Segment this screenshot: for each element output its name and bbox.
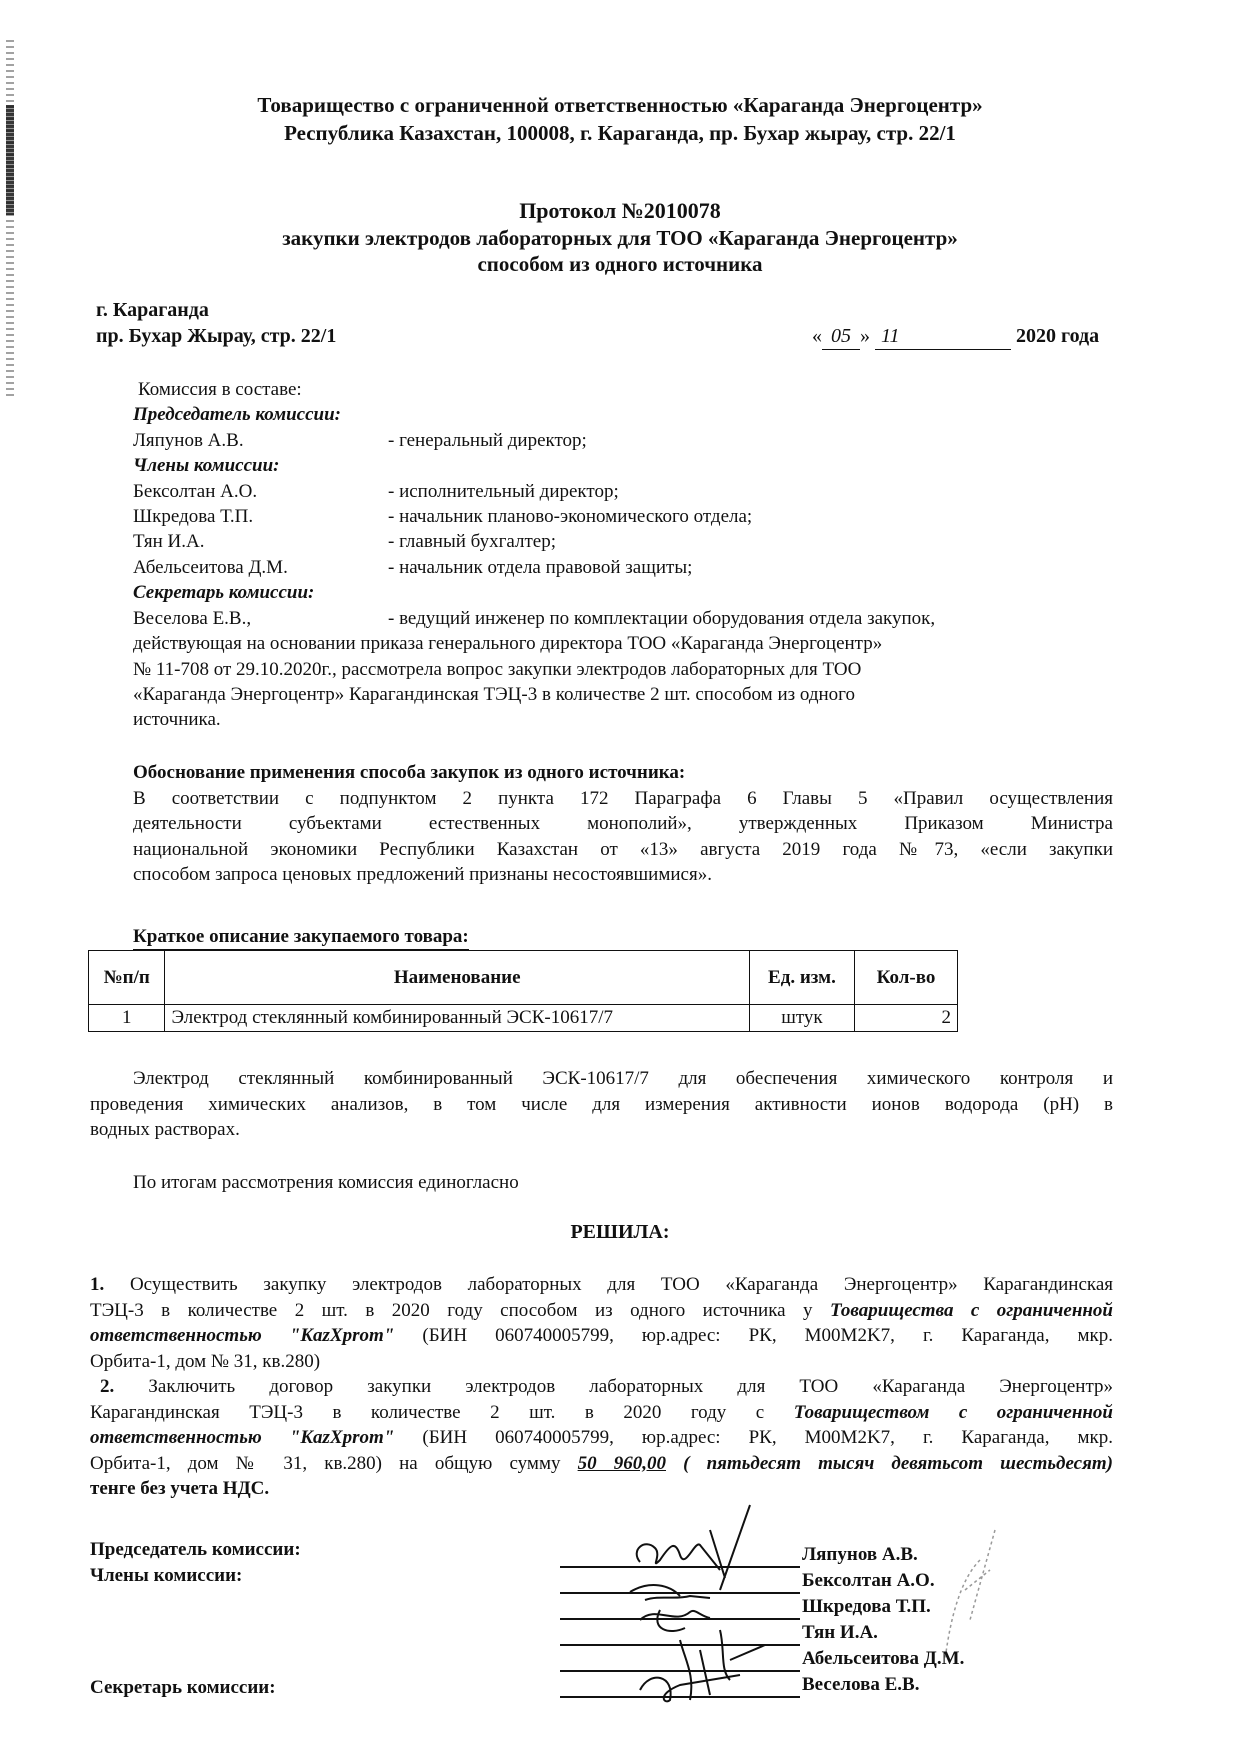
member-role: - главный бухгалтер; [388,529,556,554]
member-name: Тян И.А. [133,529,204,554]
column-header-unit: Ед. изм. [749,951,854,1005]
row-number: 1 [89,1005,165,1032]
decision-item-2-line4: Орбита-1, дом № 31, кв.280) на общую сум… [90,1451,1113,1476]
member-role: - исполнительный директор; [388,479,619,504]
contract-amount-words: ( пятьдесят тысяч девятьсот шестьдесят) [666,1453,1113,1474]
member-name: Абельсеитова Д.М. [133,555,288,580]
signatory-name: Шкредова Т.П. [802,1594,931,1619]
decision-text: Заключить договор закупки электродов лаб… [148,1376,1113,1397]
protocol-subject-line1: закупки электродов лабораторных для ТОО … [0,225,1240,251]
supplier-name: ответственностью "KazXprom" [90,1427,394,1448]
commission-text-line: действующая на основании приказа генерал… [133,631,882,656]
justification-line: В соответствии с подпунктом 2 пункта 172… [133,786,1113,811]
column-header-number: №п/п [89,951,165,1005]
justification-line: способом запроса ценовых предложений при… [133,862,712,887]
date-year: 2020 года [1016,325,1099,347]
members-heading: Члены комиссии: [133,453,279,478]
commission-text-line: № 11-708 от 29.10.2020г., рассмотрела во… [133,657,861,682]
goods-heading: Краткое описание закупаемого товара: [133,924,469,950]
row-unit: штук [749,1005,854,1032]
supplier-details: (БИН 060740005799, юр.адрес: РК, M00M2K7… [394,1325,1113,1346]
decision-item-1-number: 1. [90,1274,104,1295]
decision-item-2-line5: тенге без учета НДС. [90,1476,269,1501]
signatory-name: Абельсеитова Д.М. [802,1646,964,1671]
decision-heading: РЕШИЛА: [0,1221,1240,1244]
date-open-quote: « [812,325,822,347]
contract-amount: 50 960,00 [578,1453,666,1474]
table-row: 1 Электрод стеклянный комбинированный ЭС… [89,1005,958,1032]
description-line: водных растворах. [90,1117,240,1142]
signatory-name: Ляпунов А.В. [802,1542,918,1567]
supplier-name: Товариществом с ограниченной [794,1402,1113,1423]
decision-text: Орбита-1, дом № 31, кв.280) на общую сум… [90,1453,578,1474]
description-line: Электрод стеклянный комбинированный ЭСК-… [133,1066,1113,1091]
member-name: Бексолтан А.О. [133,479,257,504]
signatory-name: Веселова Е.В. [802,1672,919,1697]
decision-item-1-line1: 1. Осуществить закупку электродов лабора… [90,1272,1113,1297]
commission-text-line: «Караганда Энергоцентр» Карагандинская Т… [133,682,855,707]
decision-item-2-line3: ответственностью "KazXprom" (БИН 0607400… [90,1425,1113,1450]
decision-item-1-line4: Орбита-1, дом № 31, кв.280) [90,1349,320,1374]
secretary-heading: Секретарь комиссии: [133,580,314,605]
date-close-quote: » [860,325,870,347]
decision-item-2-line2: Карагандинская ТЭЦ-3 в количестве 2 шт. … [90,1400,1113,1425]
decision-item-1-line3: ответственностью "KazXprom" (БИН 0607400… [90,1323,1113,1348]
goods-table: №п/п Наименование Ед. изм. Кол-во 1 Элек… [88,950,958,1032]
commission-intro: Комиссия в составе: [138,377,302,402]
column-header-quantity: Кол-во [854,951,957,1005]
decision-item-1-line2: ТЭЦ-3 в количестве 2 шт. в 2020 году спо… [90,1298,1113,1323]
signatory-name: Бексолтан А.О. [802,1568,935,1593]
supplier-name: ответственностью "KazXprom" [90,1325,394,1346]
chair-heading: Председатель комиссии: [133,402,341,427]
protocol-date: «05» 11 2020 года [812,324,1112,350]
row-item-name: Электрод стеклянный комбинированный ЭСК-… [165,1005,749,1032]
chair-name: Ляпунов А.В. [133,428,244,453]
signatory-name: Тян И.А. [802,1620,878,1645]
chair-role: - генеральный директор; [388,428,587,453]
signature-label-members: Члены комиссии: [90,1563,242,1588]
protocol-title: Протокол №2010078 [0,198,1240,224]
organization-address: Республика Казахстан, 100008, г. Караган… [0,120,1240,146]
signature-label-chair: Председатель комиссии: [90,1537,301,1562]
member-role: - начальник планово-экономического отдел… [388,504,752,529]
date-day: 05 [822,324,860,350]
supplier-details: (БИН 060740005799, юр.адрес: РК, M00M2K7… [394,1427,1113,1448]
protocol-subject-line2: способом из одного источника [0,251,1240,277]
decision-item-2-number: 2. [100,1376,114,1397]
decision-text: ТЭЦ-3 в количестве 2 шт. в 2020 году спо… [90,1300,830,1321]
justification-heading: Обоснование применения способа закупок и… [133,760,685,785]
date-month: 11 [875,324,1011,350]
justification-line: национальной экономики Республики Казахс… [133,837,1113,862]
organization-name: Товарищество с ограниченной ответственно… [0,92,1240,118]
justification-line: деятельности субъектами естественных мон… [133,811,1113,836]
decision-text: Карагандинская ТЭЦ-3 в количестве 2 шт. … [90,1402,794,1423]
member-role: - начальник отдела правовой защиты; [388,555,692,580]
supplier-name: Товарищества с ограниченной [830,1300,1113,1321]
column-header-name: Наименование [165,951,749,1005]
row-quantity: 2 [854,1005,957,1032]
commission-text-line: источника. [133,707,221,732]
place-city: г. Караганда [96,298,209,323]
secretary-role: - ведущий инженер по комплектации оборуд… [388,606,935,631]
secretary-name: Веселова Е.В., [133,606,251,631]
place-street: пр. Бухар Жырау, стр. 22/1 [96,324,336,349]
conclusion-intro: По итогам рассмотрения комиссия единогла… [133,1170,519,1195]
decision-text: Осуществить закупку электродов лаборатор… [130,1274,1113,1295]
decision-item-2-line1: 2. Заключить договор закупки электродов … [100,1374,1113,1399]
member-name: Шкредова Т.П. [133,504,253,529]
description-line: проведения химических анализов, в том чи… [90,1092,1113,1117]
table-header-row: №п/п Наименование Ед. изм. Кол-во [89,951,958,1005]
signature-label-secretary: Секретарь комиссии: [90,1675,276,1700]
